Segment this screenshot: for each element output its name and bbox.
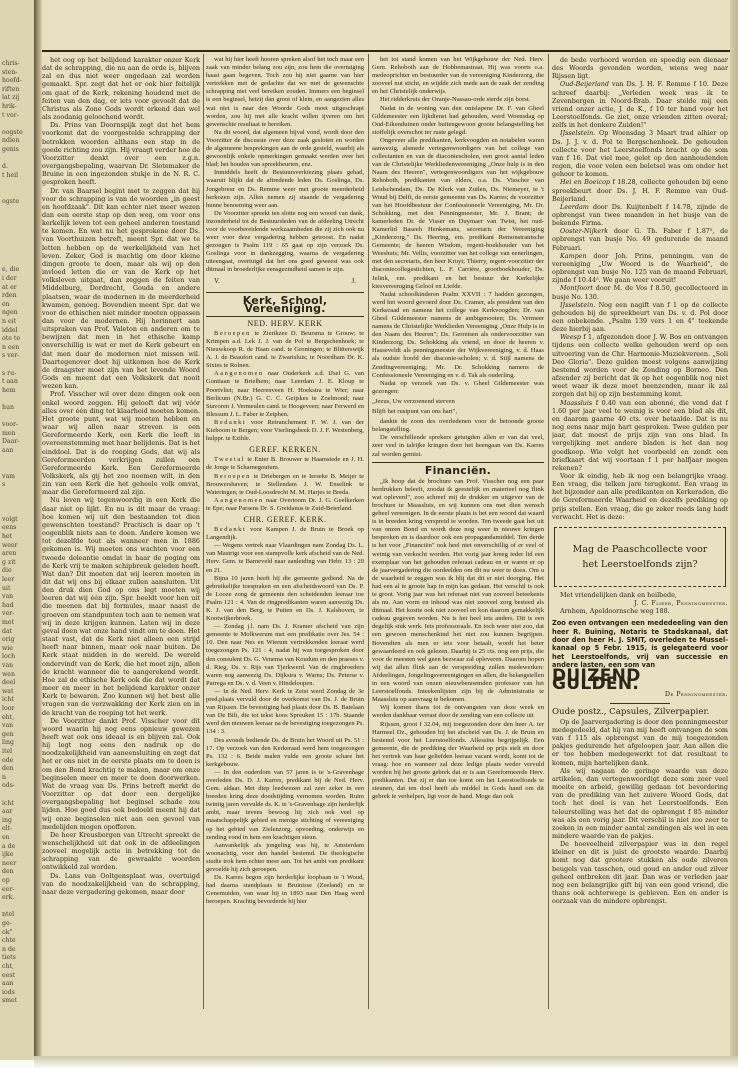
article-paragraph: Na dit woord, dat algemeen bijval vond, … bbox=[206, 129, 364, 169]
article-heading-zilverpapier: Oude postz., Capsules, Zilverpapier. bbox=[552, 708, 728, 716]
previous-page-text-fragment: tiets bbox=[2, 954, 32, 962]
church-news-item: Tweetal te Enter B. Brouwer te Haamstede… bbox=[206, 456, 364, 472]
previous-page-text-fragment: met bbox=[2, 619, 32, 627]
previous-page-text-fragment: s ru- bbox=[2, 370, 32, 378]
donation-entry: Voor ik eindig, heb ik nog een belangrij… bbox=[552, 472, 728, 521]
page-right-edge bbox=[730, 0, 738, 1060]
previous-page-text-fragment: wen bbox=[2, 671, 32, 679]
finance-paragraph: Wij komen thans tot de ontvangsten van d… bbox=[372, 704, 544, 720]
page-bottom-edge bbox=[34, 1056, 738, 1068]
previous-page-text-fragment: vam bbox=[2, 473, 32, 481]
previous-page-text-fragment: e, die bbox=[2, 266, 32, 274]
page-gutter-shadow bbox=[34, 0, 42, 1060]
previous-page-text-fragment: aan bbox=[2, 447, 32, 455]
previous-page-text-fragment: n de bbox=[2, 946, 32, 954]
previous-page-text-fragment: ngen bbox=[2, 309, 32, 317]
previous-page-text-fragment: neer bbox=[2, 860, 32, 868]
previous-page-text-fragment: icht bbox=[2, 696, 32, 704]
article-paragraph: Ds. Prins van Doornspijk zegt dat het he… bbox=[42, 121, 200, 186]
previous-page-text-fragment: ing bbox=[2, 817, 32, 825]
church-subsection-heading: CHR. GEREF. KERK. bbox=[206, 516, 364, 524]
previous-page-text-fragment: ok" bbox=[2, 929, 32, 937]
previous-page-text-fragment: hoofd- bbox=[2, 77, 32, 85]
previous-page-text-fragment: s bbox=[2, 481, 32, 489]
previous-page-text-fragment: had bbox=[2, 602, 32, 610]
previous-page-text-fragment: ling bbox=[2, 739, 32, 747]
previous-page-text-fragment: dat bbox=[2, 628, 32, 636]
section-rule bbox=[206, 316, 364, 317]
previous-page-text-fragment: hrik- bbox=[2, 103, 32, 111]
column-4: de bede verhoord worden en spoedig een d… bbox=[552, 56, 728, 1011]
previous-page-text-fragment: op bbox=[2, 877, 32, 885]
article-paragraph: Dr. van Baarsel begint met te zeggen dat… bbox=[42, 187, 200, 391]
article-paragraph: De Voorzitter spreekt ten slotte nog een… bbox=[206, 210, 364, 275]
donation-entry: IJsselstein. Op Woensdag 3 Maart trad al… bbox=[552, 129, 728, 178]
previous-page-text-fragment: orig bbox=[2, 636, 32, 644]
previous-page-text-fragment: erk. bbox=[2, 894, 32, 902]
previous-page-text-fragment: a de bbox=[2, 843, 32, 851]
previous-page-text-fragment: deel bbox=[2, 679, 32, 687]
previous-page-text-fragment: aren bbox=[2, 550, 32, 558]
article-paragraph: Op de Jaarvergadering is door den pennin… bbox=[552, 718, 728, 767]
newspaper-page: het oog op het belijdend karakter onzer … bbox=[42, 50, 730, 1010]
article-paragraph: De hoeveelheid zilverpapier was in den r… bbox=[552, 840, 728, 905]
article-paragraph: De verschillende sprekers getuigden alle… bbox=[372, 434, 544, 458]
previous-page-text-fragment: en bbox=[2, 301, 32, 309]
boxed-appeal: Mag de Paaschcollecte voor het Leerstoel… bbox=[554, 527, 726, 587]
finance-paragraph: Rijssen, groot f 32.04, mij toegezonden … bbox=[372, 721, 544, 802]
previous-page-text-fragment: uit bbox=[2, 585, 32, 593]
previous-page-text-fragment: Daar- bbox=[2, 438, 32, 446]
hymn-quote-line-2: Blijft het rustpunt van ons hart", bbox=[372, 408, 544, 416]
church-news-item: — Wegens vertrek naar Vlaardingen nam Zo… bbox=[206, 542, 364, 574]
legacy-notice: Zoo even ontvangen een mededeeling van d… bbox=[552, 619, 728, 669]
column-1: het oog op het belijdend karakter onzer … bbox=[42, 56, 200, 1011]
section-rule bbox=[206, 292, 364, 293]
donation-entry: Montfoort door M. de Vos f 8.50, gecolle… bbox=[552, 284, 728, 300]
boxed-appeal-line-1: Mag de Paaschcollecte voor bbox=[561, 542, 719, 557]
church-news-item: Bedankt voor Retranchement F. W. J. van … bbox=[206, 419, 364, 443]
church-news-item: Aangenomen naar Overtoom Dr. J. G. Geelk… bbox=[206, 497, 364, 513]
article-paragraph: Prof. Visscher wil over deze dingen ook … bbox=[42, 390, 200, 496]
short-rule bbox=[610, 703, 670, 704]
column-divider bbox=[368, 54, 369, 1009]
previous-page-text-fragment: g zit bbox=[2, 559, 32, 567]
article-paragraph: het oog op het belijdend karakter onzer … bbox=[42, 56, 200, 121]
previous-page-text-fragment: rden bbox=[2, 292, 32, 300]
section-heading-financien: Financiën. bbox=[372, 467, 544, 475]
previous-page-text-fragment: eest bbox=[2, 972, 32, 980]
church-news-item: Aangenomen naar Ouderkerk a.d. IJsel G. … bbox=[206, 370, 364, 419]
donation-entry: de bede verhoord worden en spoedig een d… bbox=[552, 56, 728, 80]
donation-entry: Maassluis f 0.40 van een abonné, die von… bbox=[552, 399, 728, 472]
previous-page-text-fragment: t aan bbox=[2, 378, 32, 386]
church-news-item: Beroepen te Driebergen en te Ierseke B. … bbox=[206, 473, 364, 497]
church-news-item: — In de Ned. Herv. Kerk te Zeist werd Zo… bbox=[206, 688, 364, 737]
previous-page-text-fragment: die bbox=[2, 567, 32, 575]
treasurer-address: Arnhem, Apeldoornsche weg 188. bbox=[552, 607, 728, 615]
previous-page-text-fragment: n eit bbox=[2, 318, 32, 326]
previous-page-text-fragment: den bbox=[2, 868, 32, 876]
previous-page-text-fragment: d. bbox=[2, 163, 32, 171]
previous-page-text-fragment: smet bbox=[2, 997, 32, 1005]
church-news-item: — In den ouderdom van 57 jaren is te 's-… bbox=[206, 769, 364, 842]
previous-page-text-fragment: eht, bbox=[2, 714, 32, 722]
church-news-item: Bedankt voor Kampen J. de Bruin te Broek… bbox=[206, 526, 364, 542]
previous-page-text-fragment: voor- bbox=[2, 421, 32, 429]
previous-page-text-fragment: ndien bbox=[2, 137, 32, 145]
previous-page-text-fragment: cht, bbox=[2, 963, 32, 971]
treasurer-signature: J. C. Flieer, Penningmeester. bbox=[552, 599, 728, 607]
previous-page-text-fragment: ver- bbox=[2, 610, 32, 618]
previous-page-text-fragment: i der bbox=[2, 275, 32, 283]
previous-page-text-fragment: leer bbox=[2, 576, 32, 584]
previous-page-text-fragment: iddel bbox=[2, 327, 32, 335]
signature-left: V. bbox=[214, 277, 220, 285]
newspaper-scan: chris-sten-hoofd-riftenlat zijhrik-t ver… bbox=[0, 0, 738, 1060]
article-paragraph: Het ridderkruis der Oranje-Nassau-orde s… bbox=[372, 96, 544, 104]
finance-paragraph: „Ik hoop dat de brochure van Prof. Vissc… bbox=[372, 478, 544, 705]
boxed-appeal-line-2: het Leerstoelfonds zijn? bbox=[561, 557, 719, 572]
church-news-item: — Zondag j.l. nam Ds. J. Kramer afscheid… bbox=[206, 623, 364, 688]
previous-page-text-fragment: van bbox=[2, 662, 32, 670]
article-paragraph: Als wij nagaan de geringe waarde van dez… bbox=[552, 767, 728, 840]
article-paragraph: Ds. Lans van Ooltgensplaat was, overtuig… bbox=[42, 872, 200, 896]
previous-page-text-fragment: ge- bbox=[2, 920, 32, 928]
previous-page-text-fragment: genis bbox=[2, 146, 32, 154]
previous-page-text-fragment: t heil bbox=[2, 172, 32, 180]
church-news-item: Ds. Karres begon zijn herderlijke loopba… bbox=[206, 874, 364, 906]
previous-page-text-fragment: chte bbox=[2, 937, 32, 945]
previous-page-text-fragment: het bbox=[2, 533, 32, 541]
donation-entry: Hei en Boeicop f 18.28, collecte gehoude… bbox=[552, 178, 728, 202]
previous-page-text-fragment: eens bbox=[2, 524, 32, 532]
section-heading-kerk-school: Kerk, School, Vereeniging. bbox=[206, 297, 364, 313]
column-divider bbox=[203, 54, 204, 1009]
hymn-quote-line-1: „Jezus, Uw verzoenend sterven bbox=[372, 398, 544, 406]
closing-greeting: Met vriendelijken dank en heilbede, bbox=[552, 591, 728, 599]
previous-page-text-fragment: n bbox=[2, 774, 32, 782]
donation-entry: Ooster-Nijkerk door G. Th. Faber f 1.87⁵… bbox=[552, 227, 728, 251]
previous-page-text-fragment: van bbox=[2, 722, 32, 730]
previous-page-text-fragment: n een bbox=[2, 344, 32, 352]
previous-page-text-fragment: ntel bbox=[2, 911, 32, 919]
church-news-item: Aanvankelijk als jongeling was hij, te A… bbox=[206, 842, 364, 874]
article-paragraph: Nu leven wij tegenwoordig in een Kerk di… bbox=[42, 496, 200, 716]
previous-page-text-fragment: ode bbox=[2, 757, 32, 765]
article-signature: V. J. bbox=[206, 275, 364, 289]
donation-entry: Oud-Beijerland van Ds. J. H. F. Remme f … bbox=[552, 80, 728, 129]
previous-page-text-fragment: hun bbox=[2, 404, 32, 412]
donation-entry: Weesp f 1, afgezonden door J. W. Bos en … bbox=[552, 333, 728, 398]
article-paragraph: Nadat schoolkinderen Psalm XXVII : 7 had… bbox=[372, 291, 544, 380]
previous-page-text-fragment: eer- bbox=[2, 886, 32, 894]
previous-page-text-fragment: chris- bbox=[2, 60, 32, 68]
previous-page-text-fragment: gen bbox=[2, 731, 32, 739]
previous-page-text-fragment: loor bbox=[2, 705, 32, 713]
article-paragraph: Ongeveer alle predikanten, kerkvoogden e… bbox=[372, 137, 544, 291]
previous-page-text-fragment: sten- bbox=[2, 69, 32, 77]
column-divider bbox=[548, 54, 549, 1009]
previous-page-text-fragment: riften bbox=[2, 86, 32, 94]
previous-page-text-fragment: wat bbox=[2, 688, 32, 696]
previous-page-text-fragment: ods- bbox=[2, 782, 32, 790]
article-paragraph: De Voorzitter dankt Prof. Visscher voor … bbox=[42, 717, 200, 831]
previous-page-text-fragment: loch bbox=[2, 653, 32, 661]
column-3: het tot stand komen van het Wijkgebouw d… bbox=[372, 56, 544, 1011]
previous-page-text-fragment: oogste bbox=[2, 129, 32, 137]
donation-entry: IJsselstein. Nog een nagift van f 1 op d… bbox=[552, 301, 728, 334]
previous-page-text-fragment: at er bbox=[2, 284, 32, 292]
previous-page-text-fragment: t ver- bbox=[2, 112, 32, 120]
column-2: wat hij hier heeft hooren spreken alsof … bbox=[206, 56, 364, 1011]
legacy-amount: DUIZEND GULDEN. bbox=[552, 672, 728, 688]
top-rule bbox=[42, 50, 730, 52]
article-paragraph: Nadat in de woning van den ontslapene Dr… bbox=[372, 105, 544, 137]
previous-page-text-fragment: elt- bbox=[2, 825, 32, 833]
church-news-item: Bijna 10 jaren heeft hij die gemeente ge… bbox=[206, 575, 364, 624]
previous-page-text-fragment: ote te bbox=[2, 335, 32, 343]
previous-page-text-fragment: icht bbox=[2, 800, 32, 808]
previous-page-text-fragment: itel bbox=[2, 748, 32, 756]
previous-page-text-fragment: men bbox=[2, 430, 32, 438]
article-paragraph: dankte de zoon des overledenen voor de b… bbox=[372, 418, 544, 434]
previous-page-text-fragment: aar bbox=[2, 808, 32, 816]
signature-right: J. bbox=[352, 277, 356, 285]
donation-entry: Kampen door Joh. Prins, penningm. van de… bbox=[552, 252, 728, 285]
previous-page-text-fragment: ogste bbox=[2, 198, 32, 206]
article-paragraph: De heer Kreusbergen van Utrecht spreekt … bbox=[42, 831, 200, 872]
previous-page-text-fragment: den bbox=[2, 765, 32, 773]
donation-entry: Leerdam door Ds. Kuijtenbelt f 14.78, zi… bbox=[552, 203, 728, 227]
church-subsection-heading: NED. HERV. KERK bbox=[206, 320, 364, 328]
church-news-item: Des avonds bediende Ds. de Bruin het Woo… bbox=[206, 737, 364, 769]
previous-page-text-fragment: hem bbox=[2, 387, 32, 395]
previous-page-text-fragment: van bbox=[2, 593, 32, 601]
previous-page-text-fragment: volgt bbox=[2, 516, 32, 524]
previous-page-text-fragment: weer bbox=[2, 542, 32, 550]
section-rule bbox=[372, 462, 544, 463]
church-news-item: Beroepen te Zierikzee D. Beursma te Grou… bbox=[206, 330, 364, 370]
previous-page-text-fragment: iods bbox=[2, 989, 32, 997]
previous-page-text-fragment: ijke bbox=[2, 851, 32, 859]
previous-page-text-fragment: s ver- bbox=[2, 352, 32, 360]
article-paragraph: het tot stand komen van het Wijkgebouw d… bbox=[372, 56, 544, 96]
article-paragraph: wat hij hier heeft hooren spreken alsof … bbox=[206, 56, 364, 129]
previous-page-text-fragment: en bbox=[2, 834, 32, 842]
previous-page-text-fragment: aan bbox=[2, 980, 32, 988]
article-paragraph: Nadat op verzoek van Ds. v. Gheel Gildem… bbox=[372, 380, 544, 396]
article-paragraph: Inmiddels heeft de Bestuursverkiezing pl… bbox=[206, 169, 364, 209]
church-subsection-heading: GEREF. KERKEN. bbox=[206, 446, 364, 454]
previous-page-edge: chris-sten-hoofd-riftenlat zijhrik-t ver… bbox=[0, 0, 35, 1060]
previous-page-text-fragment: wie bbox=[2, 645, 32, 653]
previous-page-text-fragment: lat zij bbox=[2, 94, 32, 102]
